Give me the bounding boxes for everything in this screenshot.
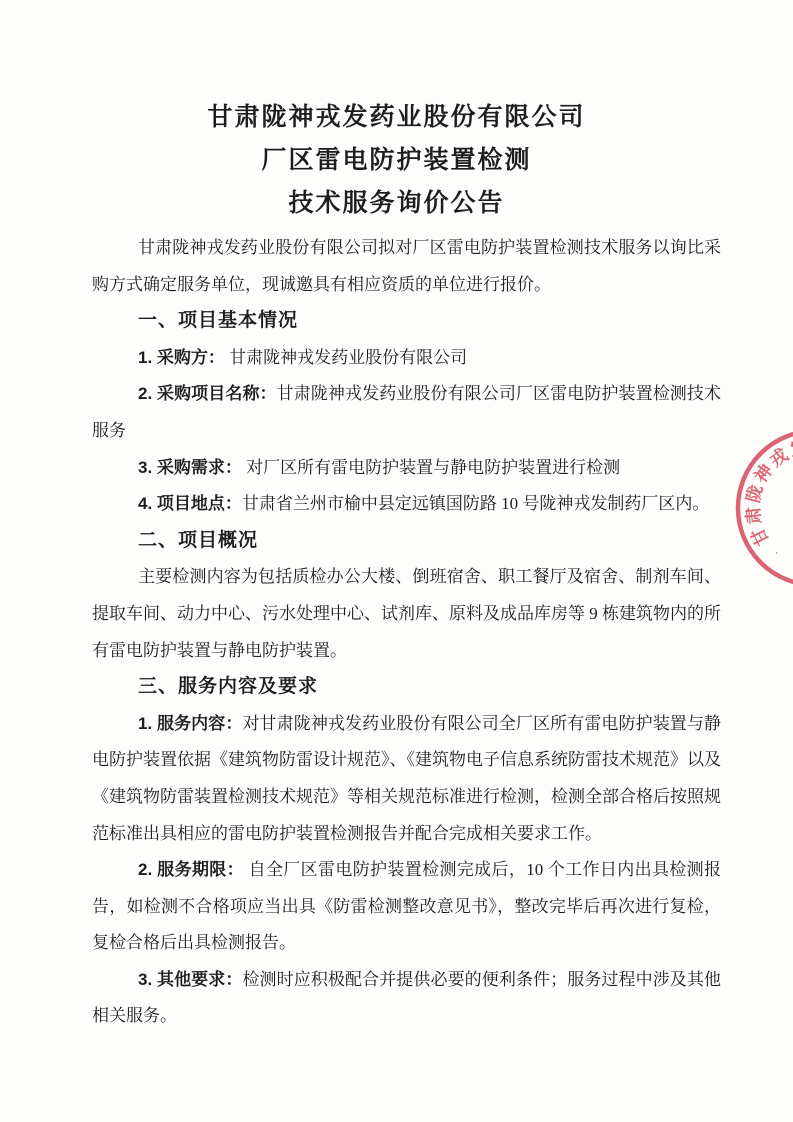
- item-label: 2. 采购项目名称：: [138, 384, 277, 403]
- item-label: 3. 其他要求：: [138, 970, 242, 989]
- item-text: 对厂区所有雷电防护装置与静电防护装置进行检测: [242, 458, 620, 477]
- seal-separator-dot: ·: [772, 548, 781, 558]
- item-label: 1. 采购方：: [138, 348, 225, 367]
- section1-item-1: 1. 采购方： 甘肃陇神戎发药业股份有限公司: [92, 340, 721, 377]
- title-line-2: 厂区雷电防护装置检测: [0, 139, 793, 182]
- title-line-3: 技术服务询价公告: [0, 182, 793, 225]
- section1-item-3: 3. 采购需求： 对厂区所有雷电防护装置与静电防护装置进行检测: [92, 450, 721, 487]
- item-label: 3. 采购需求：: [138, 458, 242, 477]
- section1-heading: 一、项目基本情况: [92, 303, 721, 340]
- section3-item-1: 1. 服务内容：对甘肃陇神戎发药业股份有限公司全厂区所有雷电防护装置与静电防护装…: [92, 706, 721, 852]
- section2-heading: 二、项目概况: [92, 523, 721, 560]
- seal-border-circle: [738, 431, 793, 585]
- section1-item-4: 4. 项目地点：甘肃省兰州市榆中县定远镇国防路 10 号陇神戎发制药厂区内。: [92, 486, 721, 523]
- section1-item-2: 2. 采购项目名称：甘肃陇神戎发药业股份有限公司厂区雷电防护装置检测技术服务: [92, 376, 721, 449]
- section2-paragraph: 主要检测内容为包括质检办公大楼、倒班宿舍、职工餐厅及宿舍、制剂车间、提取车间、动…: [92, 559, 721, 669]
- document-page: 甘肃陇神戎发药业股份有限公司 厂区雷电防护装置检测 技术服务询价公告 甘肃陇神戎…: [0, 0, 793, 1122]
- section3-item-2: 2. 服务期限： 自全厂区雷电防护装置检测完成后，10 个工作日内出具检测报告，…: [92, 852, 721, 962]
- seal-company-name: 甘肃陇神戎发药业股份有限公司: [742, 435, 793, 575]
- item-label: 4. 项目地点：: [138, 494, 242, 513]
- item-label: 1. 服务内容：: [138, 714, 242, 733]
- item-text: 甘肃陇神戎发药业股份有限公司: [225, 348, 467, 367]
- document-body: 甘肃陇神戎发药业股份有限公司拟对厂区雷电防护装置检测技术服务以询比采购方式确定服…: [92, 230, 721, 1035]
- document-title: 甘肃陇神戎发药业股份有限公司 厂区雷电防护装置检测 技术服务询价公告: [0, 96, 793, 225]
- intro-paragraph: 甘肃陇神戎发药业股份有限公司拟对厂区雷电防护装置检测技术服务以询比采购方式确定服…: [92, 230, 721, 303]
- item-text: 对甘肃陇神戎发药业股份有限公司全厂区所有雷电防护装置与静电防护装置依据《建筑物防…: [92, 714, 721, 843]
- item-text: 甘肃省兰州市榆中县定远镇国防路 10 号陇神戎发制药厂区内。: [242, 494, 710, 513]
- section3-heading: 三、服务内容及要求: [92, 669, 721, 706]
- title-line-1: 甘肃陇神戎发药业股份有限公司: [0, 96, 793, 139]
- section3-item-3: 3. 其他要求：检测时应积极配合并提供必要的便利条件；服务过程中涉及其他相关服务…: [92, 962, 721, 1035]
- item-label: 2. 服务期限：: [138, 860, 244, 879]
- company-seal: · 甘肃陇神戎发药业股份有限公司: [725, 418, 793, 598]
